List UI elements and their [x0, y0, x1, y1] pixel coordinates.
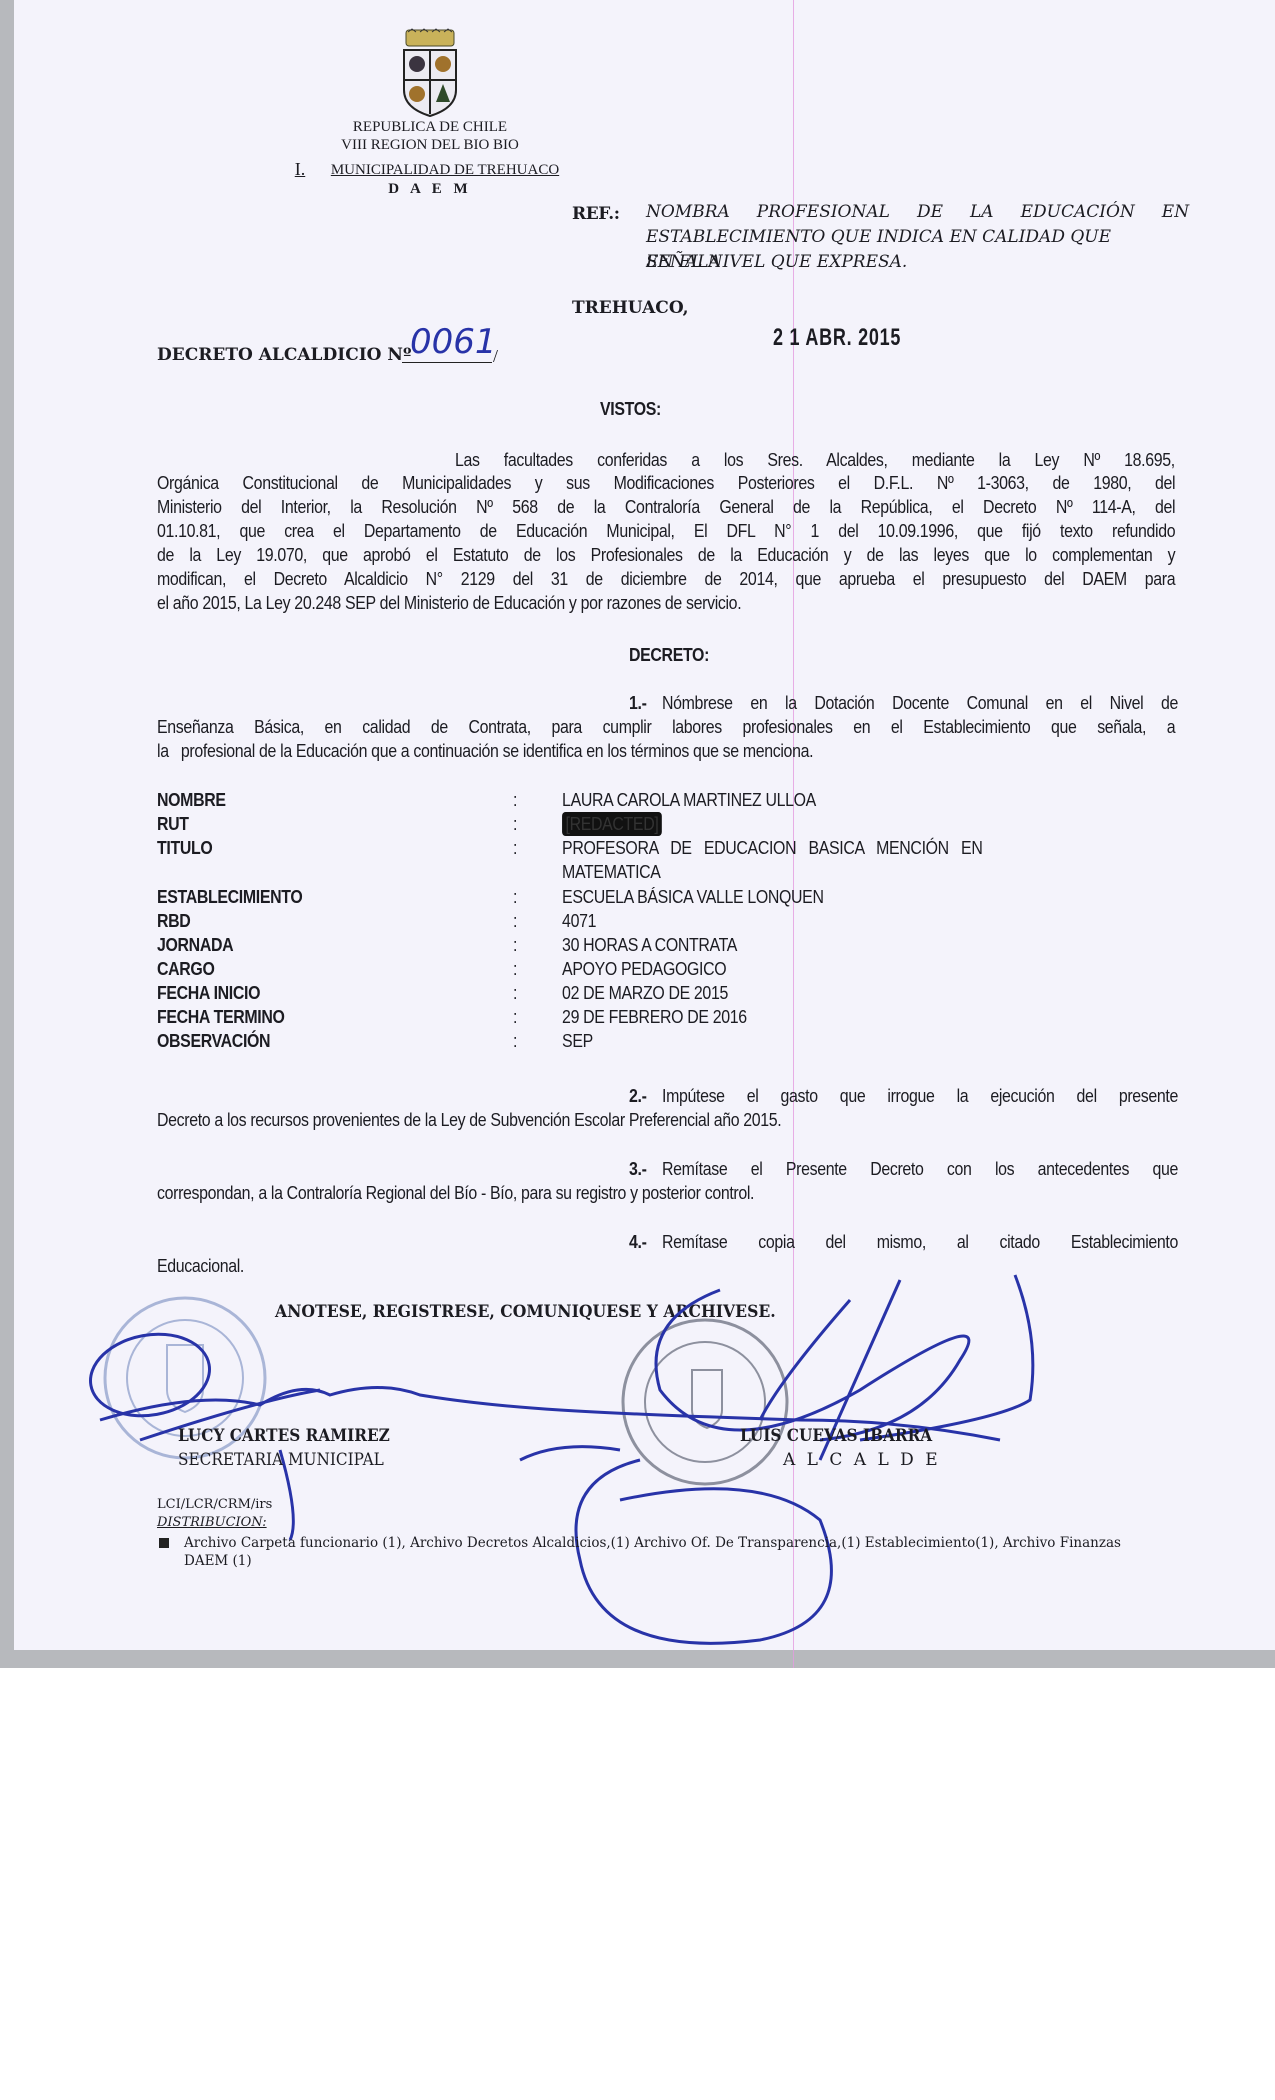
- vistos-line-2: Orgánica Constitucional de Municipalidad…: [157, 471, 1175, 495]
- secretary-role: SECRETARIA MUNICIPAL: [178, 1450, 384, 1470]
- field-row: CARGO:APOYO PEDAGOGICO: [157, 957, 1034, 981]
- distribution-title: DISTRIBUCION:: [157, 1514, 267, 1532]
- field-value: SEP: [562, 1029, 593, 1053]
- mayor-name: LUIS CUEVAS IBARRA: [740, 1426, 932, 1446]
- field-row-continuation: MATEMATICA: [157, 860, 1034, 884]
- vistos-line-6: modifican, el Decreto Alcaldicio N° 2129…: [157, 567, 1175, 591]
- item2-line-2: Decreto a los recursos provenientes de l…: [157, 1108, 781, 1132]
- field-separator: :: [513, 957, 517, 981]
- header-daem: D A E M: [300, 180, 560, 198]
- field-value: 02 DE MARZO DE 2015: [562, 981, 728, 1005]
- item2-line-1: Impútese el gasto que irrogue la ejecuci…: [662, 1084, 1178, 1108]
- field-separator: :: [513, 812, 517, 836]
- field-row: NOMBRE:LAURA CAROLA MARTINEZ ULLOA: [157, 788, 1034, 812]
- initials: LCI/LCR/CRM/irs: [157, 1496, 272, 1514]
- field-label: FECHA TERMINO: [157, 1005, 285, 1029]
- field-label: FECHA INICIO: [157, 981, 260, 1005]
- item1-line-1: Nómbrese en la Dotación Docente Comunal …: [662, 691, 1178, 715]
- date-stamp: 2 1 ABR. 2015: [773, 324, 901, 352]
- field-row: OBSERVACIÓN:SEP: [157, 1029, 1034, 1053]
- decree-number-line: [402, 362, 492, 363]
- field-row: RUT:[REDACTED]: [157, 812, 1034, 836]
- closing-formula: ANOTESE, REGISTRESE, COMUNIQUESE Y ARCHI…: [275, 1302, 776, 1322]
- field-value: MATEMATICA: [562, 860, 661, 884]
- field-label: TITULO: [157, 836, 212, 860]
- mayor-role: A L C A L D E: [783, 1450, 941, 1470]
- vistos-line-3: Ministerio del Interior, la Resolución N…: [157, 495, 1175, 519]
- field-value: 4071: [562, 909, 596, 933]
- ref-line-1: NOMBRA PROFESIONAL DE LA EDUCACIÓN EN: [646, 200, 1176, 225]
- field-row: JORNADA:30 HORAS A CONTRATA: [157, 933, 1034, 957]
- field-row: ESTABLECIMIENTO:ESCUELA BÁSICA VALLE LON…: [157, 885, 1034, 909]
- item4-number: 4.-: [629, 1230, 647, 1254]
- decree-number-handwritten: 0061: [410, 322, 497, 362]
- vistos-line-1: Las facultades conferidas a los Sres. Al…: [455, 448, 1175, 472]
- field-value: LAURA CAROLA MARTINEZ ULLOA: [562, 788, 816, 812]
- field-separator: :: [513, 788, 517, 812]
- field-value: 30 HORAS A CONTRATA: [562, 933, 737, 957]
- item1-line-2: Enseñanza Básica, en calidad de Contrata…: [157, 715, 1175, 739]
- item4-line-1: Remítase copia del mismo, al citado Esta…: [662, 1230, 1178, 1254]
- field-value: 29 DE FEBRERO DE 2016: [562, 1005, 747, 1029]
- field-label: JORNADA: [157, 933, 233, 957]
- field-value: APOYO PEDAGOGICO: [562, 957, 726, 981]
- decree-label: DECRETO ALCALDICIO Nº: [157, 345, 411, 365]
- secretary-name: LUCY CARTES RAMIREZ: [178, 1426, 390, 1446]
- distribution-line-1: Archivo Carpeta funcionario (1), Archivo…: [184, 1534, 1121, 1552]
- item4-line-2: Educacional.: [157, 1254, 244, 1278]
- vistos-line-7: el año 2015, La Ley 20.248 SEP del Minis…: [157, 591, 741, 615]
- ref-label: REF.:: [572, 202, 620, 226]
- field-separator: :: [513, 933, 517, 957]
- redacted-value: [REDACTED]: [562, 812, 662, 836]
- field-row: FECHA INICIO:02 DE MARZO DE 2015: [157, 981, 1034, 1005]
- vistos-title: VISTOS:: [600, 397, 661, 421]
- field-separator: :: [513, 836, 517, 860]
- field-value: PROFESORA DE EDUCACION BASICA MENCIÓN EN: [562, 836, 1044, 860]
- distribution-line-2: DAEM (1): [184, 1552, 252, 1570]
- field-separator: :: [513, 981, 517, 1005]
- header-municipality: MUNICIPALIDAD DE TREHUACO: [315, 161, 575, 179]
- field-separator: :: [513, 909, 517, 933]
- place: TREHUACO,: [572, 298, 689, 318]
- field-label: CARGO: [157, 957, 215, 981]
- field-value: ESCUELA BÁSICA VALLE LONQUEN: [562, 885, 824, 909]
- square-bullet-icon: [159, 1538, 169, 1548]
- header-region: VIII REGION DEL BIO BIO: [300, 136, 560, 154]
- vistos-line-5: de la Ley 19.070, que aprobó el Estatuto…: [157, 543, 1175, 567]
- item1-line-3: la profesional de la Educación que a con…: [157, 739, 813, 763]
- item3-line-1: Remítase el Presente Decreto con los ant…: [662, 1157, 1178, 1181]
- header-republica: REPUBLICA DE CHILE: [300, 118, 560, 136]
- field-label: RBD: [157, 909, 190, 933]
- field-row: FECHA TERMINO:29 DE FEBRERO DE 2016: [157, 1005, 1034, 1029]
- header-prefix: I.: [285, 160, 315, 178]
- field-separator: :: [513, 885, 517, 909]
- field-label: OBSERVACIÓN: [157, 1029, 270, 1053]
- decreto-title: DECRETO:: [629, 643, 709, 667]
- field-row: RBD:4071: [157, 909, 1034, 933]
- item3-line-2: correspondan, a la Contraloría Regional …: [157, 1181, 754, 1205]
- item2-number: 2.-: [629, 1084, 647, 1108]
- field-row: TITULO:PROFESORA DE EDUCACION BASICA MEN…: [157, 836, 1034, 860]
- item3-number: 3.-: [629, 1157, 647, 1181]
- field-separator: :: [513, 1029, 517, 1053]
- vistos-line-4: 01.10.81, que crea el Departamento de Ed…: [157, 519, 1175, 543]
- field-label: ESTABLECIMIENTO: [157, 885, 302, 909]
- ref-line-3: EN EL NIVEL QUE EXPRESA.: [646, 250, 907, 275]
- municipal-coat-of-arms-icon: [400, 28, 460, 118]
- field-separator: :: [513, 1005, 517, 1029]
- decree-suffix: /: [493, 346, 498, 367]
- field-label: RUT: [157, 812, 189, 836]
- field-label: NOMBRE: [157, 788, 226, 812]
- item1-number: 1.-: [629, 691, 647, 715]
